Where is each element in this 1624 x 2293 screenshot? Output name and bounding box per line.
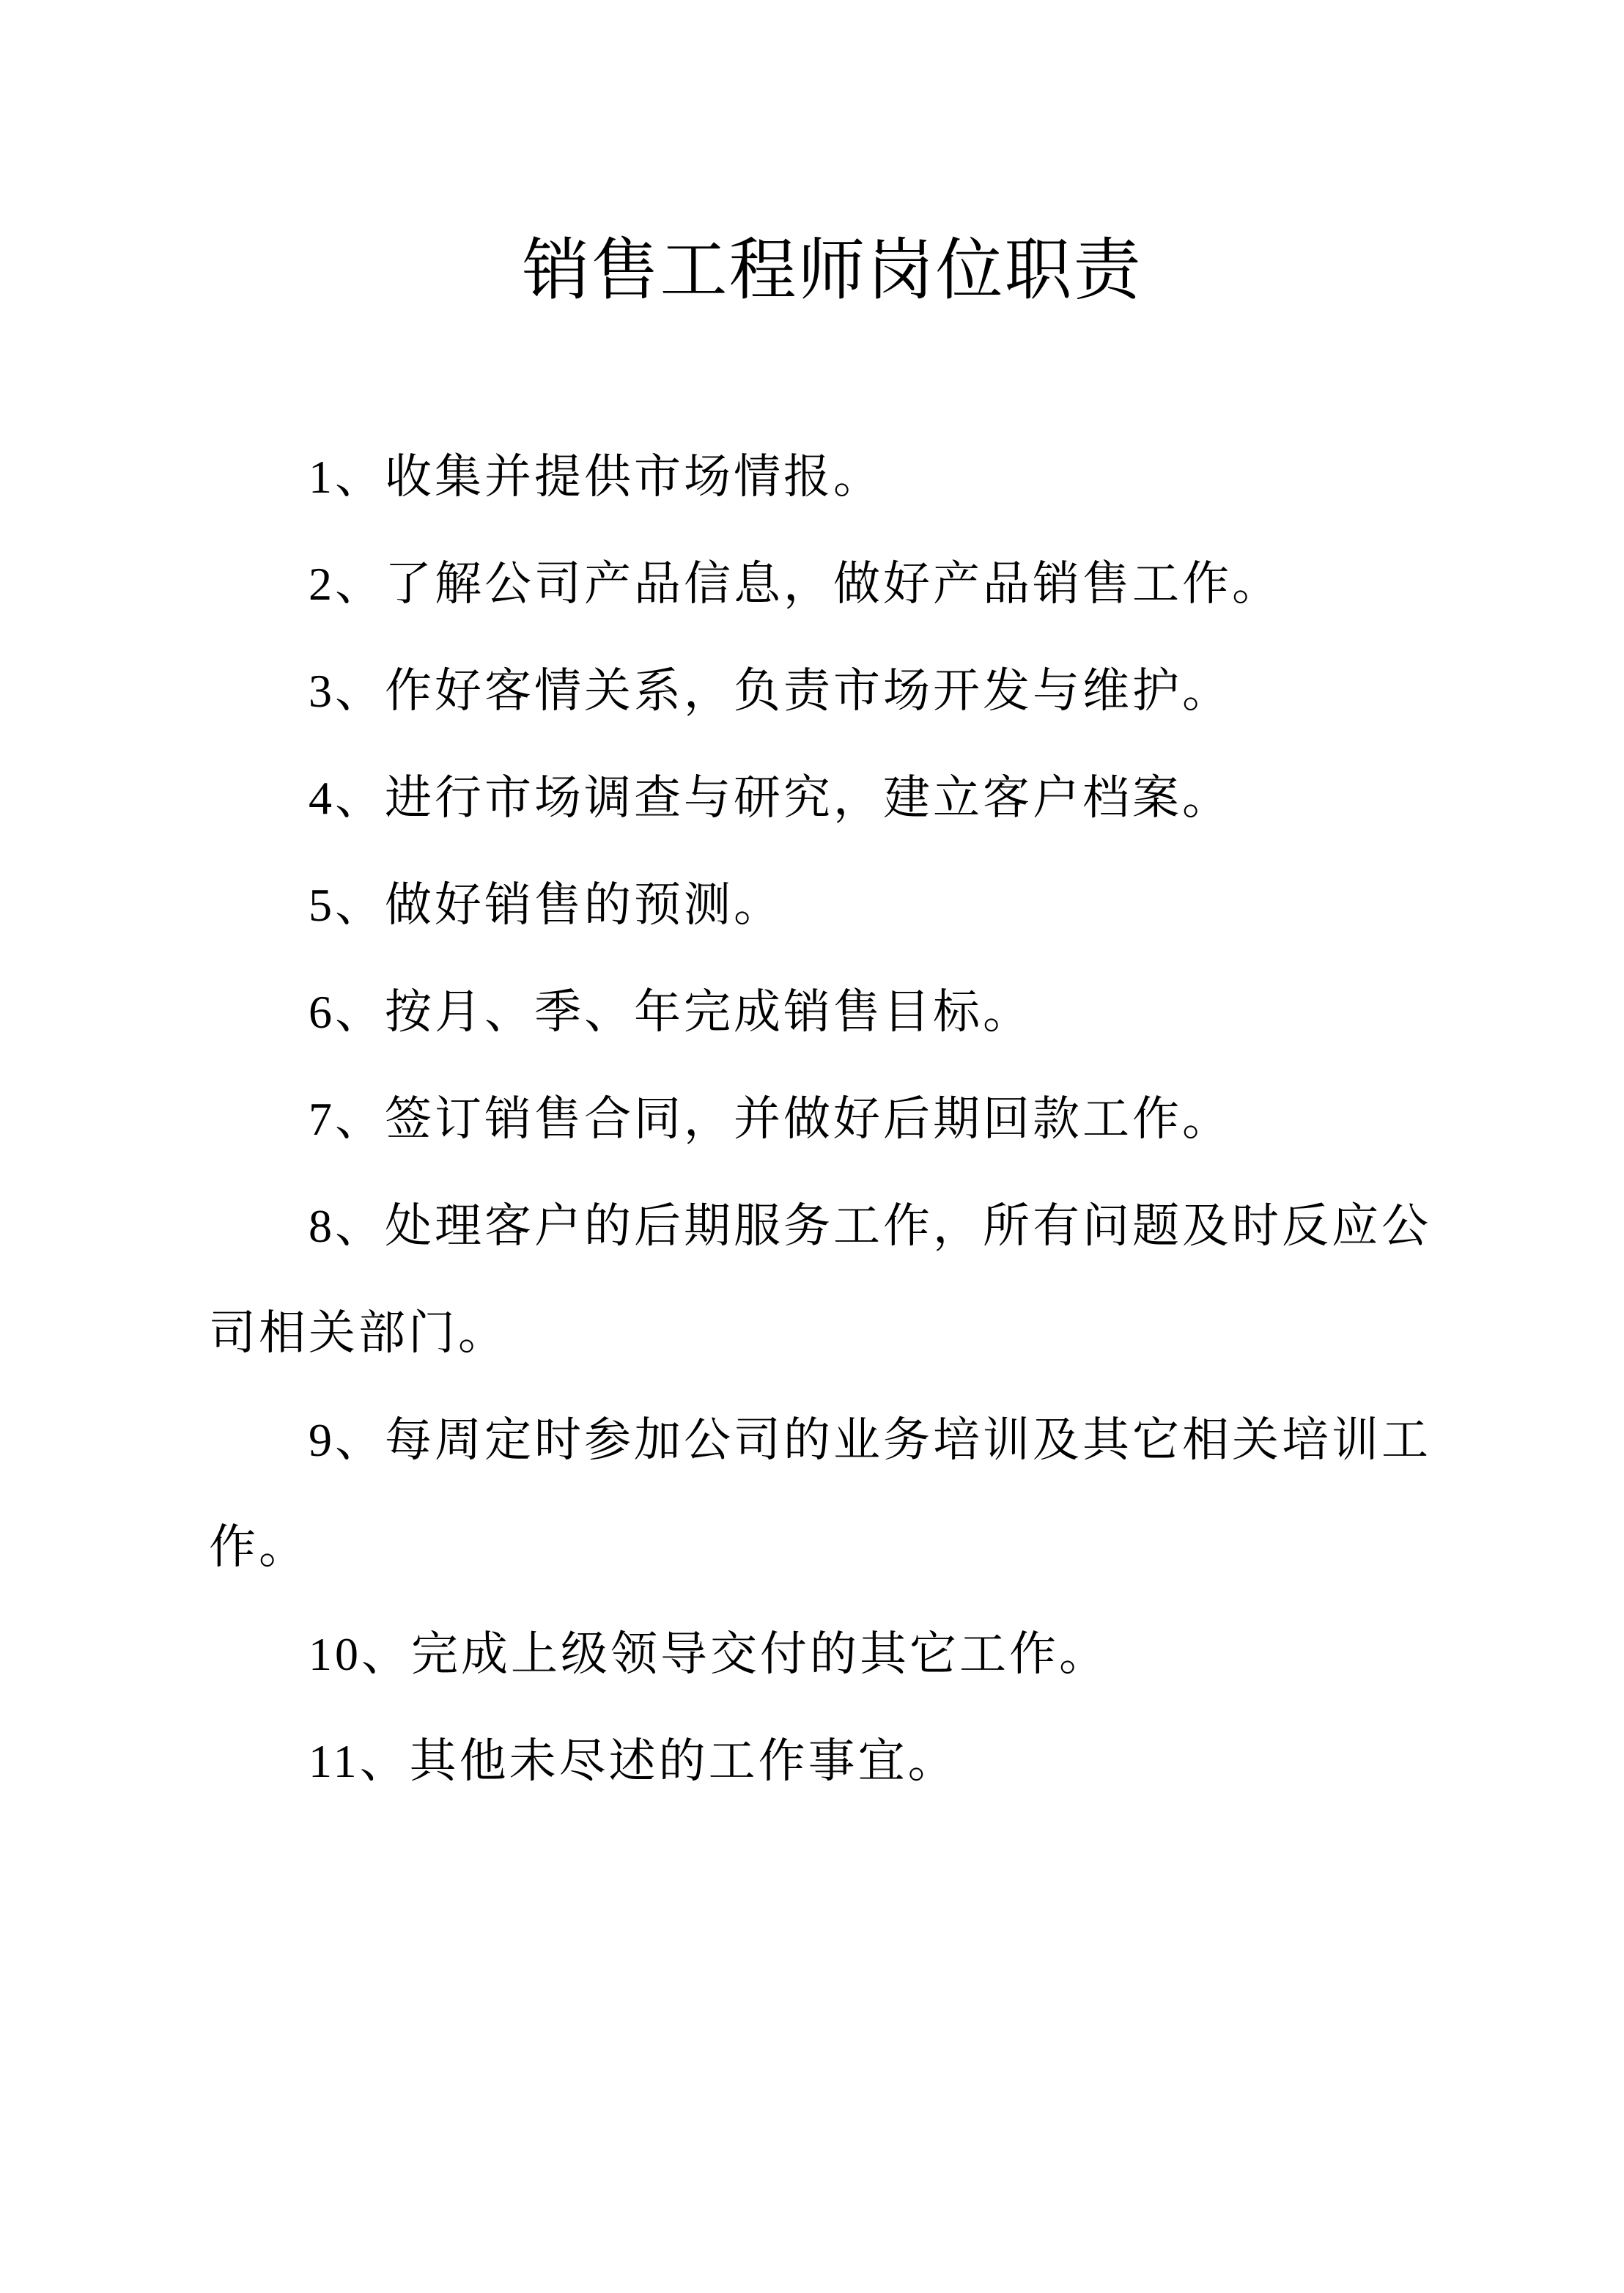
list-item-line-first: 3、作好客情关系，负责市场开发与维护。 — [209, 638, 1455, 745]
page-title: 销售工程师岗位职责 — [209, 233, 1455, 308]
list-item: 6、按月、季、年完成销售目标。 — [209, 959, 1455, 1066]
list-item: 9、每周定时参加公司的业务培训及其它相关培训工作。 — [209, 1387, 1455, 1601]
document-page: 销售工程师岗位职责 1、收集并提供市场情报。2、了解公司产品信息，做好产品销售工… — [0, 0, 1624, 2293]
list-item-line-first: 1、收集并提供市场情报。 — [209, 424, 1455, 531]
list-item-line-first: 6、按月、季、年完成销售目标。 — [209, 959, 1455, 1066]
list-item: 5、做好销售的预测。 — [209, 852, 1455, 959]
list-item-line-first: 10、完成上级领导交付的其它工作。 — [209, 1601, 1455, 1708]
list-item-line-wrap: 作。 — [209, 1494, 1455, 1601]
list-item: 1、收集并提供市场情报。 — [209, 424, 1455, 531]
list-item: 4、进行市场调查与研究，建立客户档案。 — [209, 745, 1455, 852]
list-item-line-first: 4、进行市场调查与研究，建立客户档案。 — [209, 745, 1455, 852]
list-item-line-first: 5、做好销售的预测。 — [209, 852, 1455, 959]
responsibilities-list: 1、收集并提供市场情报。2、了解公司产品信息，做好产品销售工作。3、作好客情关系… — [209, 424, 1455, 1815]
list-item: 7、签订销售合同，并做好后期回款工作。 — [209, 1066, 1455, 1173]
list-item: 3、作好客情关系，负责市场开发与维护。 — [209, 638, 1455, 745]
list-item-line-wrap: 司相关部门。 — [209, 1280, 1455, 1387]
list-item: 8、处理客户的后期服务工作，所有问题及时反应公司相关部门。 — [209, 1173, 1455, 1387]
list-item-line-first: 7、签订销售合同，并做好后期回款工作。 — [209, 1066, 1455, 1173]
list-item: 11、其他未尽述的工作事宜。 — [209, 1708, 1455, 1815]
list-item-line-first: 11、其他未尽述的工作事宜。 — [209, 1708, 1455, 1815]
list-item-line-first: 8、处理客户的后期服务工作，所有问题及时反应公 — [209, 1173, 1455, 1280]
list-item: 2、了解公司产品信息，做好产品销售工作。 — [209, 531, 1455, 638]
list-item-line-first: 2、了解公司产品信息，做好产品销售工作。 — [209, 531, 1455, 638]
list-item-line-first: 9、每周定时参加公司的业务培训及其它相关培训工 — [209, 1387, 1455, 1494]
list-item: 10、完成上级领导交付的其它工作。 — [209, 1601, 1455, 1708]
